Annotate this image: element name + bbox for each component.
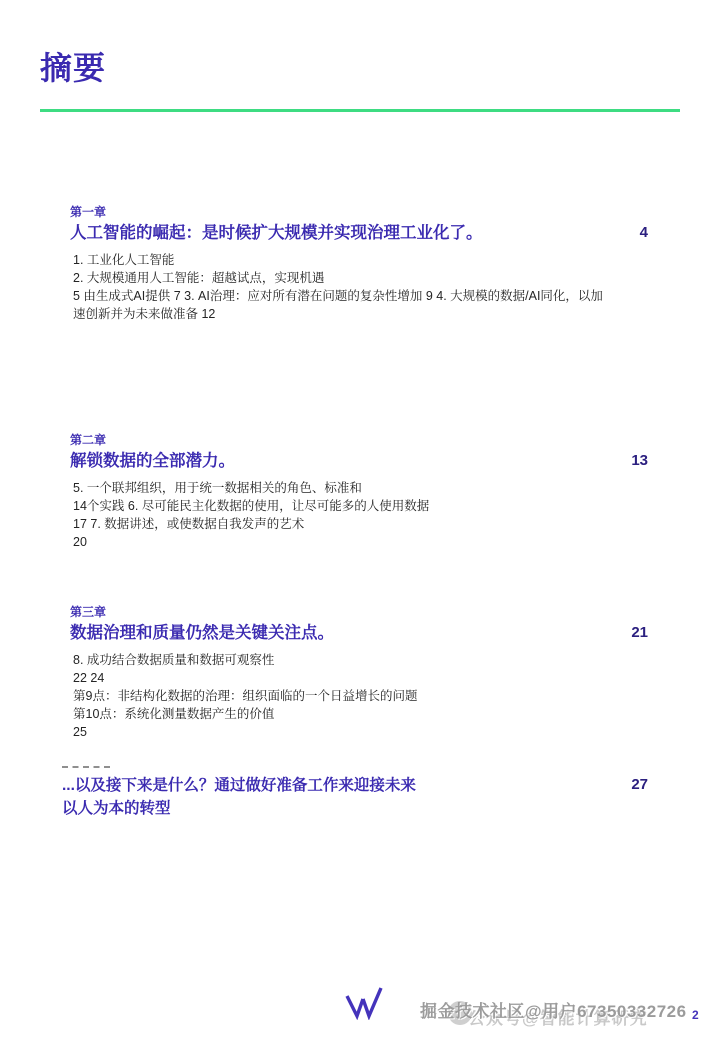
footer-page-number: 2	[692, 1008, 699, 1022]
toc-line: 速创新并为未来做准备 12	[73, 305, 648, 323]
wavestone-w-logo-icon	[344, 986, 384, 1020]
closing-title-line-1: ...以及接下来是什么？通过做好准备工作来迎接未来	[62, 774, 416, 797]
page-title: 摘要	[40, 48, 106, 88]
chapter-label: 第三章	[70, 605, 648, 619]
toc-line: 8. 成功结合数据质量和数据可观察性	[73, 651, 648, 669]
chapter-page-number[interactable]: 21	[631, 622, 648, 644]
toc-entry-chapter-3: 第三章 数据治理和质量仍然是关键关注点。 21 8. 成功结合数据质量和数据可观…	[70, 605, 648, 741]
chapter-title-link[interactable]: 人工智能的崛起：是时候扩大规模并实现治理工业化了。	[70, 222, 483, 244]
green-divider	[40, 109, 680, 112]
toc-entry-closing: ...以及接下来是什么？通过做好准备工作来迎接未来 以人为本的转型 27	[62, 766, 648, 820]
chapter-page-number[interactable]: 13	[631, 450, 648, 472]
toc-line: 25	[73, 723, 648, 741]
toc-page: 摘要 第一章 人工智能的崛起：是时候扩大规模并实现治理工业化了。 4 1. 工业…	[0, 0, 720, 1040]
closing-title-link[interactable]: ...以及接下来是什么？通过做好准备工作来迎接未来 以人为本的转型	[62, 774, 416, 820]
chapter-title-link[interactable]: 解锁数据的全部潜力。	[70, 450, 235, 472]
chapter-label: 第二章	[70, 433, 648, 447]
toc-line: 第9点：非结构化数据的治理：组织面临的一个日益增长的问题	[73, 687, 648, 705]
toc-line: 第10点：系统化测量数据产生的价值	[73, 705, 648, 723]
watermark-primary: 掘金技术社区@用户67350332726	[420, 997, 687, 1022]
toc-line: 22 24	[73, 669, 648, 687]
toc-line: 5. 一个联邦组织，用于统一数据相关的角色、标准和	[73, 479, 648, 497]
dashed-divider	[62, 766, 110, 768]
toc-line: 1. 工业化人工智能	[73, 251, 648, 269]
closing-title-line-2: 以人为本的转型	[62, 797, 416, 820]
toc-entry-chapter-1: 第一章 人工智能的崛起：是时候扩大规模并实现治理工业化了。 4 1. 工业化人工…	[70, 205, 648, 323]
chapter-title-link[interactable]: 数据治理和质量仍然是关键关注点。	[70, 622, 334, 644]
toc-line: 2. 大规模通用人工智能：超越试点，实现机遇	[73, 269, 648, 287]
chapter-page-number[interactable]: 4	[640, 222, 648, 244]
chapter-label: 第一章	[70, 205, 648, 219]
toc-line: 5 由生成式AI提供 7 3. AI治理：应对所有潜在问题的复杂性增加 9 4.…	[73, 287, 648, 305]
toc-entry-chapter-2: 第二章 解锁数据的全部潜力。 13 5. 一个联邦组织，用于统一数据相关的角色、…	[70, 433, 648, 551]
toc-line: 14个实践 6. 尽可能民主化数据的使用，让尽可能多的人使用数据	[73, 497, 648, 515]
toc-line: 20	[73, 533, 648, 551]
toc-line: 17 7. 数据讲述，或使数据自我发声的艺术	[73, 515, 648, 533]
chapter-page-number[interactable]: 27	[631, 774, 648, 796]
